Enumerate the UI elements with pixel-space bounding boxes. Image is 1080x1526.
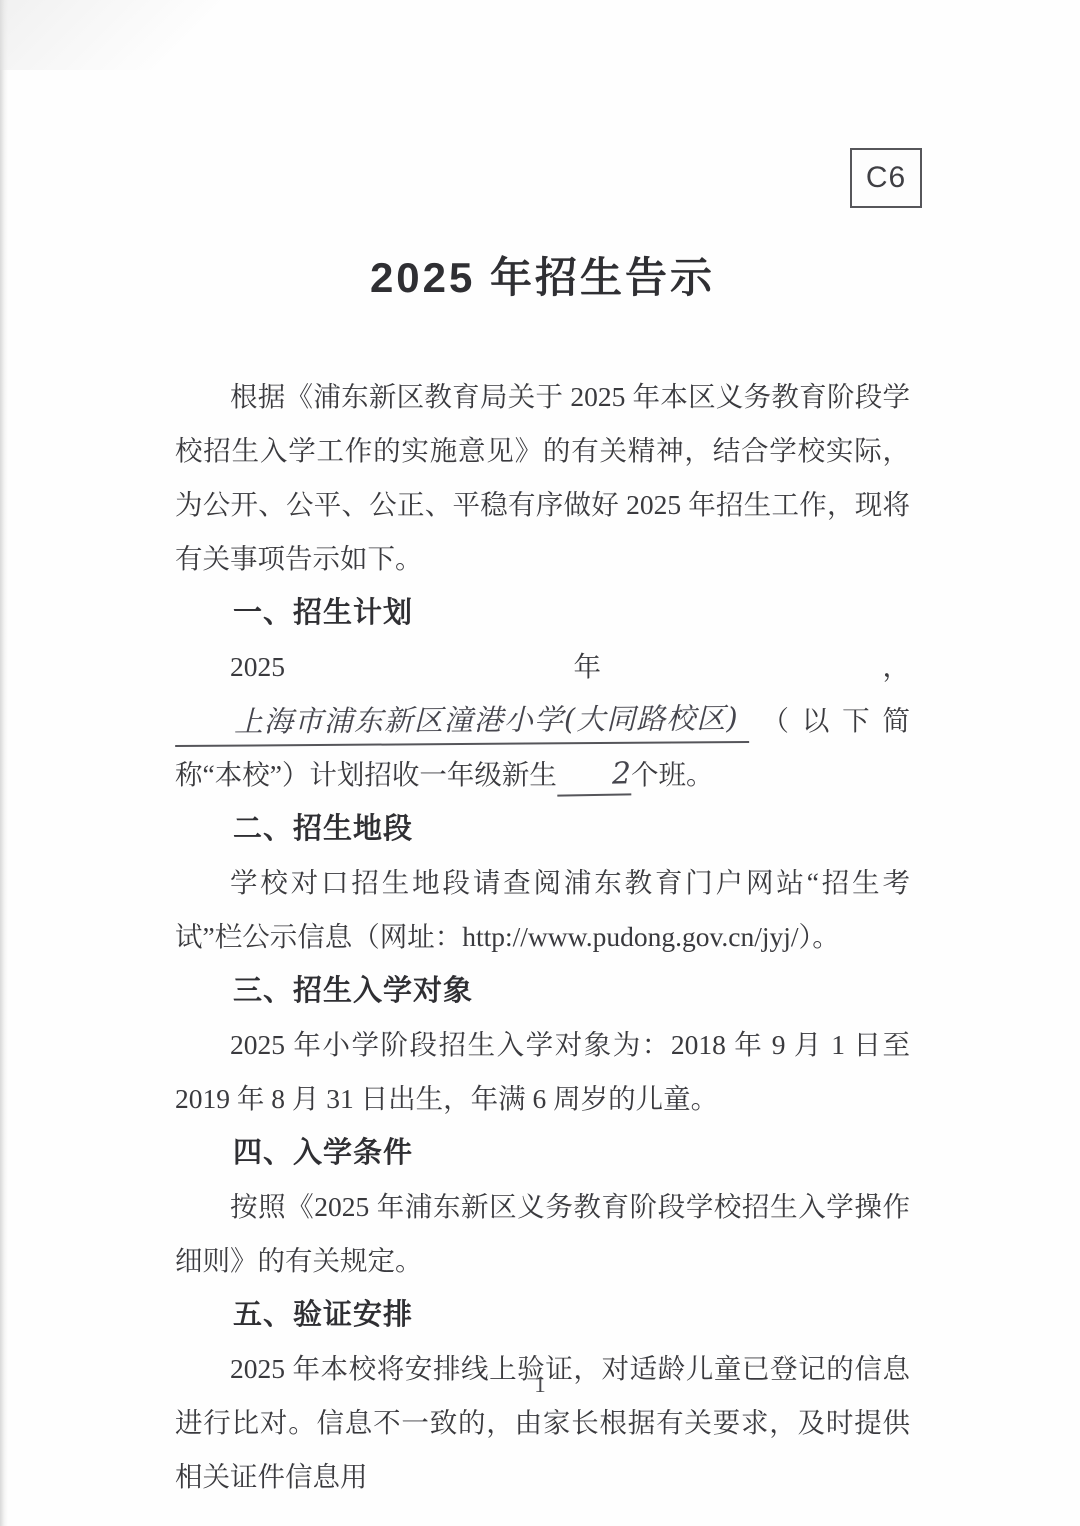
section-3-body: 2025 年小学阶段招生入学对象为：2018 年 9 月 1 日至 2019 年…: [175, 1018, 910, 1126]
document-body: 根据《浦东新区教育局关于 2025 年本区义务教育阶段学校招生入学工作的实施意见…: [175, 370, 910, 1504]
handwritten-school-name: 上海市浦东新区潼港小学(大同路校区): [175, 698, 749, 747]
section-heading-2: 二、招生地段: [175, 802, 910, 856]
section-5-body: 2025 年本校将安排线上验证，对适龄儿童已登记的信息进行比对。信息不一致的，由…: [175, 1342, 910, 1504]
document-content: 2025 年招生告示 根据《浦东新区教育局关于 2025 年本区义务教育阶段学校…: [175, 0, 910, 1504]
section-2-body: 学校对口招生地段请查阅浦东教育门户网站“招生考试”栏公示信息（网址：http:/…: [175, 856, 910, 964]
section-heading-1: 一、招生计划: [175, 586, 910, 640]
section-heading-3: 三、招生入学对象: [175, 964, 910, 1018]
section-4-body: 按照《2025 年浦东新区义务教育阶段学校招生入学操作细则》的有关规定。: [175, 1180, 910, 1288]
document-title: 2025 年招生告示: [175, 0, 910, 306]
section-1-suffix: 个班。: [631, 759, 714, 790]
section-heading-5: 五、验证安排: [175, 1288, 910, 1342]
page-number: 1: [0, 1372, 1080, 1398]
document-page: C6 2025 年招生告示 根据《浦东新区教育局关于 2025 年本区义务教育阶…: [0, 0, 1080, 1526]
section-heading-4: 四、入学条件: [175, 1126, 910, 1180]
handwritten-class-count: 2: [557, 757, 632, 796]
intro-paragraph: 根据《浦东新区教育局关于 2025 年本区义务教育阶段学校招生入学工作的实施意见…: [175, 370, 910, 586]
section-1-prefix: 2025 年，: [230, 651, 910, 682]
section-1-body: 2025 年，上海市浦东新区潼港小学(大同路校区)（以下简称“本校”）计划招收一…: [175, 640, 910, 802]
